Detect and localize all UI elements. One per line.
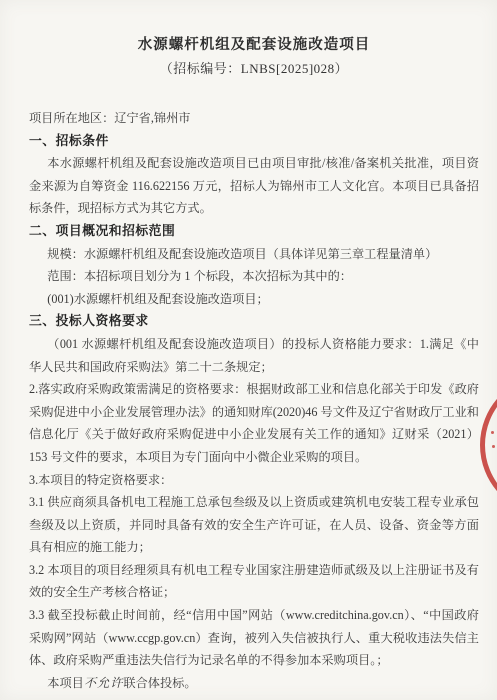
paragraph-scale: 规模：水源螺杆机组及配套设施改造项目（具体详见第三章工程量清单） bbox=[29, 243, 479, 266]
paragraph-tender-conditions: 本水源螺杆机组及配套设施改造项目已由项目审批/核准/备案机关批准，项目资金来源为… bbox=[29, 152, 479, 220]
section-heading-tender-conditions: 一、招标条件 bbox=[29, 130, 479, 153]
paragraph-specific-requirements-intro: 3.本项目的特定资格要求： bbox=[29, 469, 479, 492]
paragraph-qualification-general: （001 水源螺杆机组及配套设施改造项目）的投标人资格能力要求：1.满足《中华人… bbox=[29, 333, 479, 378]
paragraph-requirement-3-1: 3.1 供应商须具备机电工程施工总承包叁级及以上资质或建筑机电安装工程专业承包叁… bbox=[29, 491, 479, 559]
section-heading-project-scope: 二、项目概况和招标范围 bbox=[29, 220, 479, 243]
section-heading-bidder-qualifications: 三、投标人资格要求 bbox=[29, 310, 479, 333]
joint-bid-emphasis: 不允许 bbox=[84, 676, 124, 690]
document-body: 项目所在地区：辽宁省,锦州市 一、招标条件 本水源螺杆机组及配套设施改造项目已由… bbox=[29, 107, 479, 694]
tender-number: （招标编号：LNBS[2025]028） bbox=[29, 58, 479, 80]
paragraph-requirement-3-3: 3.3 截至投标截止时间前，经“信用中国”网站（www.creditchina.… bbox=[29, 604, 479, 672]
joint-bid-suffix: 联合体投标。 bbox=[123, 676, 196, 690]
paragraph-requirement-3-2: 3.2 本项目的项目经理须具有机电工程专业国家注册建造师贰级及以上注册证书及有效… bbox=[29, 559, 479, 604]
joint-bid-statement: 本项目不允许联合体投标。 bbox=[29, 672, 479, 695]
seal-dot-icon bbox=[491, 431, 494, 434]
page-title: 水源螺杆机组及配套设施改造项目 bbox=[29, 34, 479, 56]
project-location: 项目所在地区：辽宁省,锦州市 bbox=[29, 107, 479, 130]
paragraph-qualification-policy: 2.落实政府采购政策需满足的资格要求：根据财政部工业和信息化部关于印发《政府采购… bbox=[29, 378, 479, 468]
paragraph-lot-001: (001)水源螺杆机组及配套设施改造项目； bbox=[29, 288, 479, 311]
document-page: 水源螺杆机组及配套设施改造项目 （招标编号：LNBS[2025]028） 项目所… bbox=[0, 0, 497, 700]
seal-dot-icon bbox=[492, 445, 495, 448]
paragraph-scope: 范围：本招标项目划分为 1 个标段，本次招标为其中的： bbox=[29, 265, 479, 288]
document-content: 水源螺杆机组及配套设施改造项目 （招标编号：LNBS[2025]028） 项目所… bbox=[29, 34, 479, 694]
joint-bid-prefix: 本项目 bbox=[47, 676, 84, 690]
